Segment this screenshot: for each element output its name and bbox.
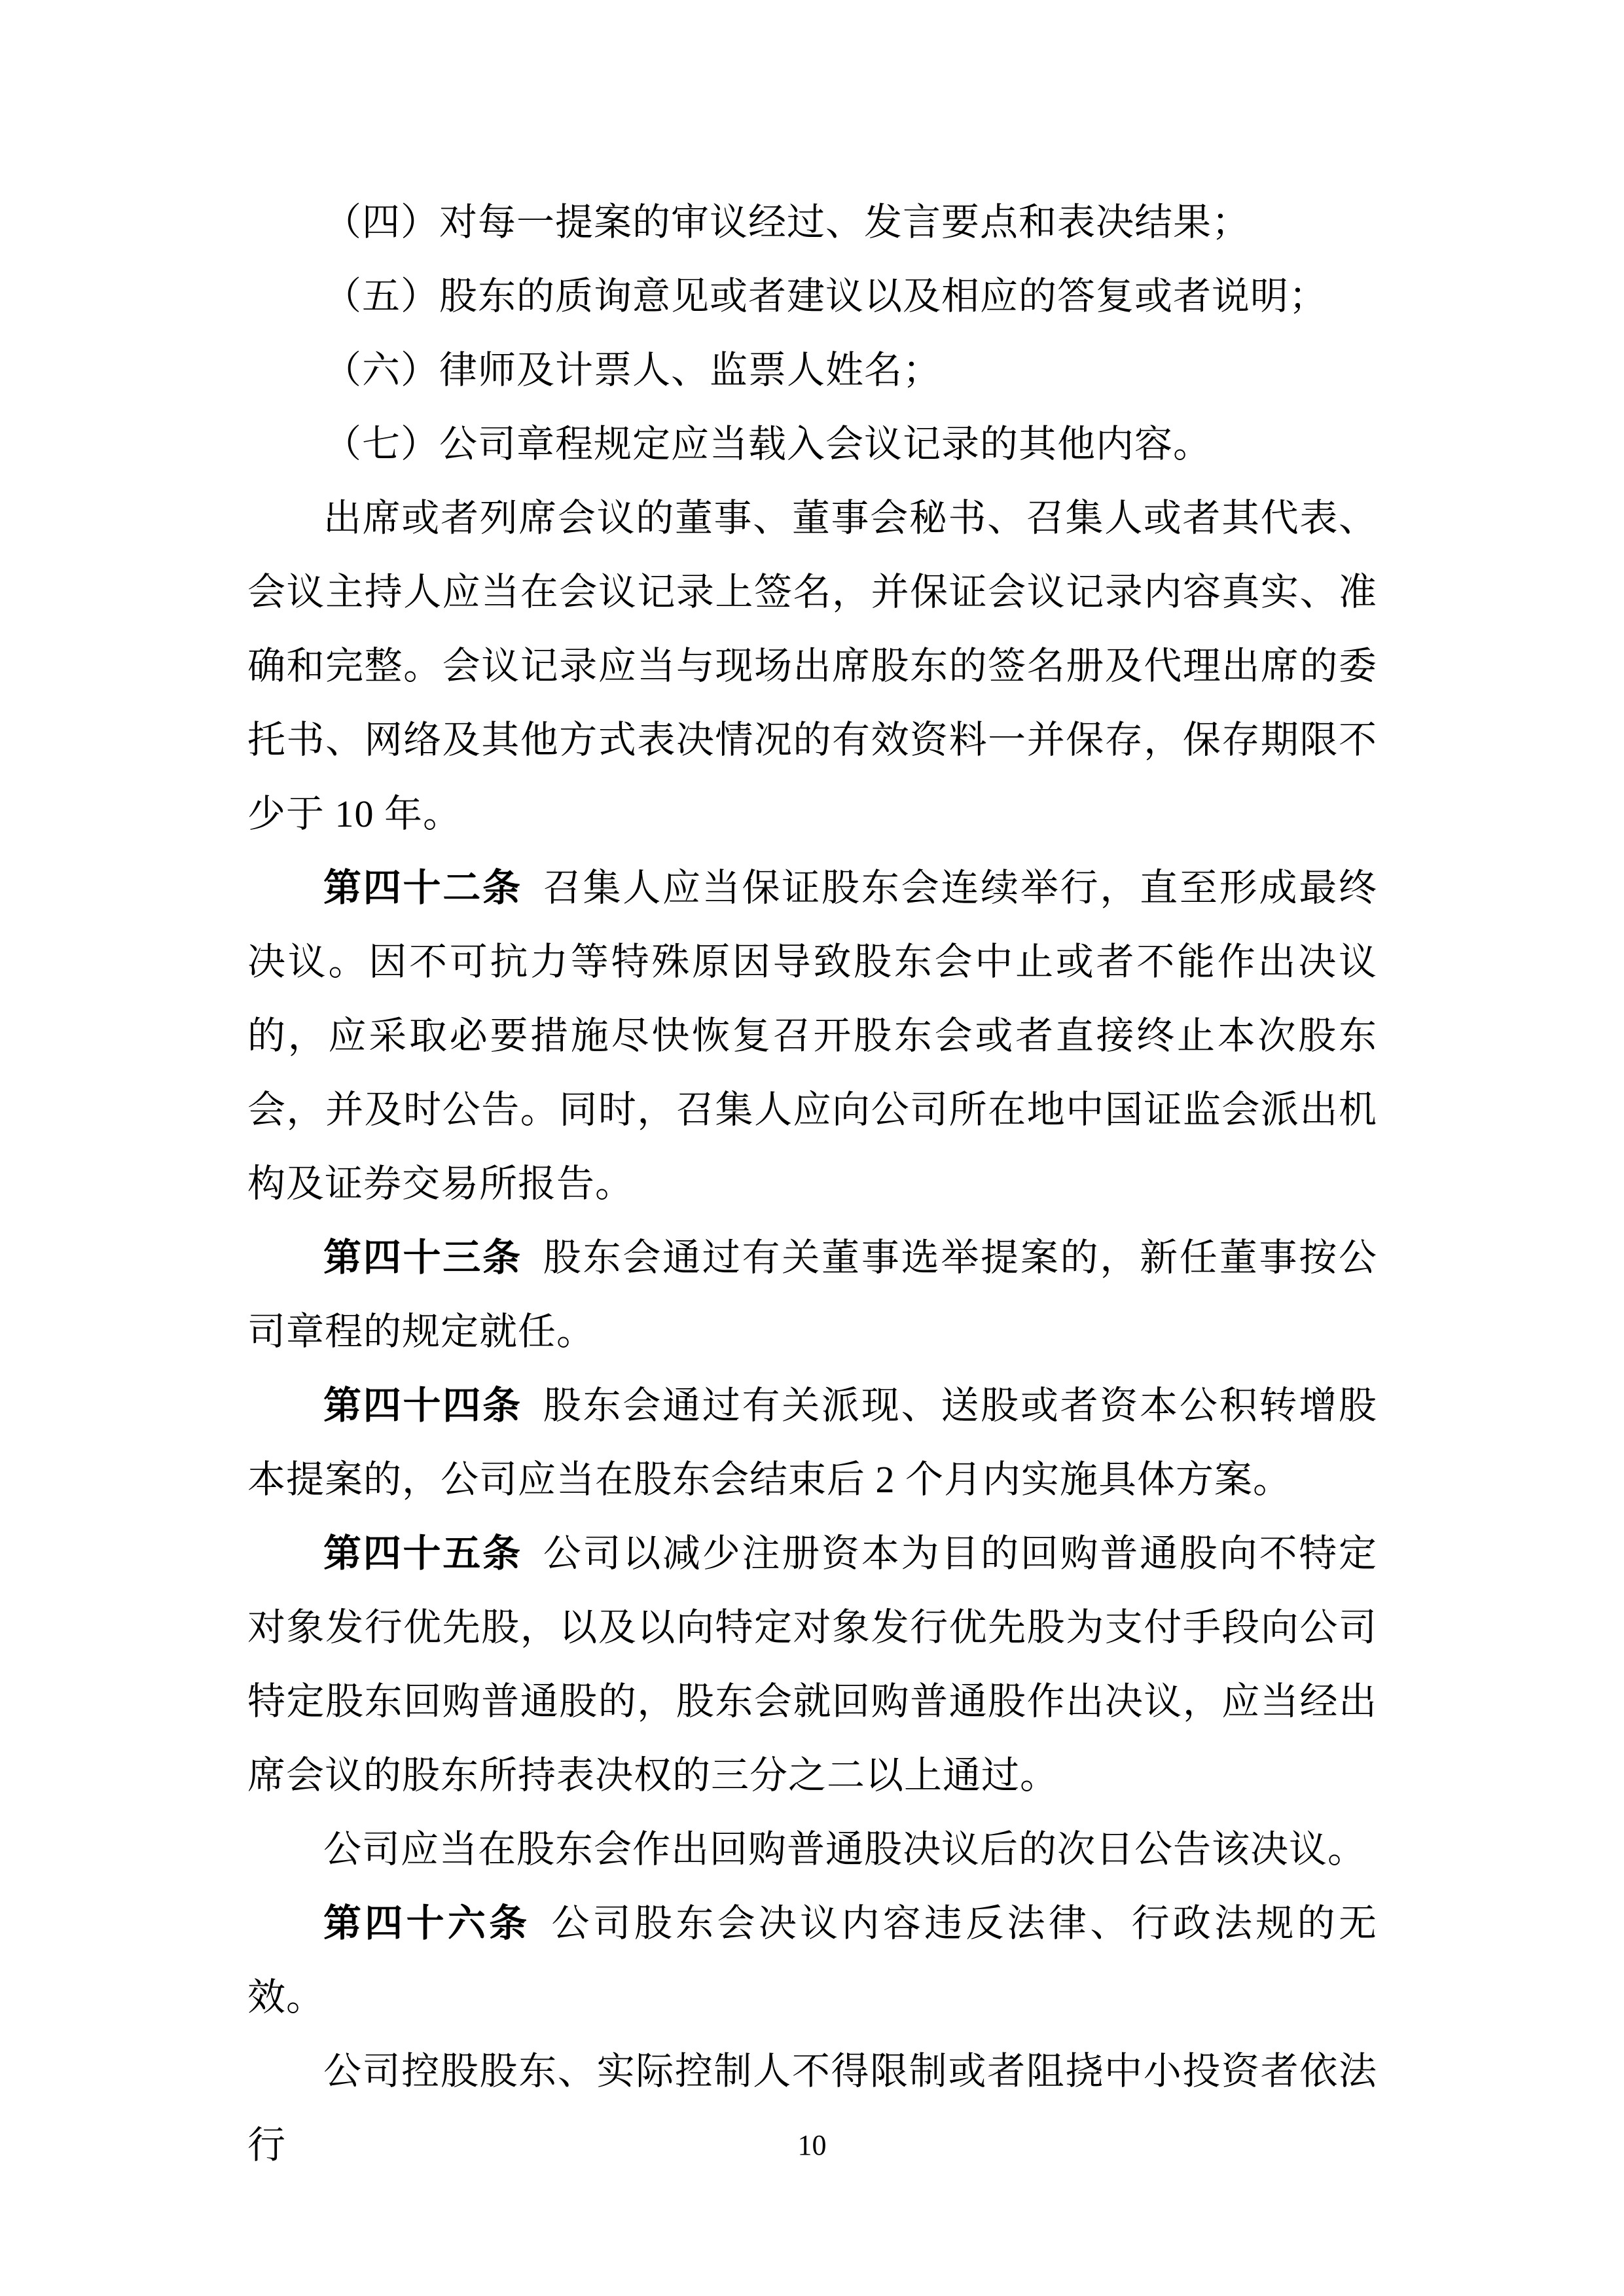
list-item-5: （五）股东的质询意见或者建议以及相应的答复或者说明； <box>247 259 1377 333</box>
article-number-43: 第四十三条 <box>323 1236 522 1279</box>
article-paragraph-45: 第四十五条公司以减少注册资本为目的回购普通股向不特定对象发行优先股，以及以向特定… <box>247 1516 1377 1812</box>
article-number-45: 第四十五条 <box>323 1532 522 1575</box>
document-page: （四）对每一提案的审议经过、发言要点和表决结果； （五）股东的质询意见或者建议以… <box>0 0 1624 2296</box>
article-paragraph-43: 第四十三条股东会通过有关董事选举提案的，新任董事按公司章程的规定就任。 <box>247 1221 1377 1369</box>
list-item-7: （七）公司章程规定应当载入会议记录的其他内容。 <box>247 407 1377 481</box>
document-body: （四）对每一提案的审议经过、发言要点和表决结果； （五）股东的质询意见或者建议以… <box>247 185 1377 2182</box>
body-paragraph-announcement: 公司应当在股东会作出回购普通股决议后的次日公告该决议。 <box>247 1812 1377 1886</box>
article-number-42: 第四十二条 <box>323 867 522 909</box>
body-paragraph-meeting-record: 出席或者列席会议的董事、董事会秘书、召集人或者其代表、会议主持人应当在会议记录上… <box>247 481 1377 851</box>
article-text-42: 召集人应当保证股东会连续举行，直至形成最终决议。因不可抗力等特殊原因导致股东会中… <box>247 867 1377 1205</box>
list-item-4: （四）对每一提案的审议经过、发言要点和表决结果； <box>247 185 1377 259</box>
article-paragraph-42: 第四十二条召集人应当保证股东会连续举行，直至形成最终决议。因不可抗力等特殊原因导… <box>247 851 1377 1221</box>
article-paragraph-46: 第四十六条公司股东会决议内容违反法律、行政法规的无效。 <box>247 1886 1377 2034</box>
article-paragraph-44: 第四十四条股东会通过有关派现、送股或者资本公积转增股本提案的，公司应当在股东会结… <box>247 1369 1377 1516</box>
article-number-44: 第四十四条 <box>323 1384 522 1427</box>
page-number: 10 <box>0 2128 1624 2162</box>
list-item-6: （六）律师及计票人、监票人姓名； <box>247 333 1377 407</box>
article-number-46: 第四十六条 <box>323 1902 530 1945</box>
